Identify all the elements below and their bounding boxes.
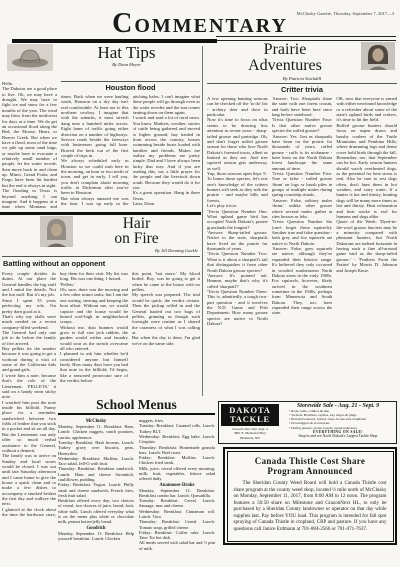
notice-body: The Sheridan County Weed Board will hold… <box>234 480 387 532</box>
article-column: OK, now that everyone is armed with eith… <box>336 96 397 396</box>
title-rule-thin <box>216 36 396 41</box>
menu-text: Monday, September 11: Breakfast: Breakfa… <box>139 488 215 551</box>
section-title: Commentary <box>0 10 400 38</box>
notice-inner-border: Canada Thistle Cost Share Program Announ… <box>227 451 394 542</box>
school-menus-title: School Menus <box>58 398 215 412</box>
section-divider-rule <box>0 212 201 215</box>
article-column: A few opening hunting seasons can be che… <box>207 96 268 396</box>
menu-column: McClusky Monday, September 11: Breakfast… <box>58 418 134 551</box>
menu-text: nuggets, fries. Tuesday: Breakfast: Cara… <box>139 418 215 481</box>
patricia-stockdill-photo <box>361 42 395 75</box>
sale-item-list: • Rods, reels, combos & line • Swivels, … <box>282 409 394 430</box>
dakota-tackle-logo-block: DAKOTA TACKLE Closed Labor Day, Sept. 4 … <box>219 402 280 443</box>
menu-text: Monday, September 11: Breakfast: Ham. Lu… <box>58 424 134 524</box>
hair-subhead: Battling without an opponent <box>2 256 200 270</box>
prairie-body: A few opening hunting seasons can be che… <box>207 96 397 396</box>
article-column: this point, 'but more.' My blood boiled.… <box>132 271 200 387</box>
logo-line: TACKLE <box>221 415 279 424</box>
article-prairie-adventures: Prairie Adventures By Patricia Stockdill… <box>207 42 397 398</box>
article-column: 'Answer: Two. Sharptails share the state… <box>272 96 333 396</box>
prairie-headline-line1: Prairie <box>209 42 361 58</box>
ad-copy: Storewide Sale - Aug. 21 - Sept. 9 • Rod… <box>280 402 396 443</box>
prairie-byline: By Patricia Stockdill <box>207 76 397 81</box>
article-hat-tips: Hat Tips By Dean Meyer Hello. The Dakota… <box>2 44 200 212</box>
hat-tips-headline: Hat Tips <box>53 44 200 62</box>
article-column: times. Back when we were hauling south, … <box>61 94 129 208</box>
dakota-tackle-ad: DAKOTA TACKLE Closed Labor Day, Sept. 4 … <box>218 401 397 444</box>
article-column: buy them for their visit. My list was lo… <box>60 271 128 387</box>
stop-in-line: Stop in and see North Dakota's Largest T… <box>282 434 394 438</box>
hair-headline-line2: on Fire <box>73 231 200 246</box>
prairie-subhead: Critter trivia <box>207 83 397 96</box>
dakota-tackle-logo: DAKOTA TACKLE <box>221 404 279 426</box>
article-column: Hello. The Dakotas are a good place to l… <box>2 81 57 209</box>
cowboy-hat-photo <box>7 44 53 81</box>
hair-header: Hair on Fire <box>2 216 200 252</box>
newspaper-page: McClusky Gazette, Thursday, September 7,… <box>0 0 400 567</box>
menu-column: nuggets, fries. Tuesday: Breakfast: Cara… <box>139 418 215 551</box>
canada-thistle-notice: Canada Thistle Cost Share Program Announ… <box>223 447 397 545</box>
hat-tips-subhead: Houston flood <box>61 82 200 94</box>
jill-denning-gackle-photo <box>40 216 73 252</box>
article-column: Every couple divides its duties. At our … <box>2 271 56 518</box>
prairie-header: Prairie Adventures <box>207 42 397 75</box>
school-menus-section: School Menus McClusky Monday, September … <box>58 398 215 567</box>
menu-text: Monday, September 11: Breakfast: Help yo… <box>58 531 134 542</box>
hair-headline-line1: Hair <box>73 216 200 231</box>
hat-tips-header: Hat Tips By Dean Meyer <box>2 44 200 81</box>
notice-title-line2: Program Announced <box>234 466 387 477</box>
hat-tips-body: Hello. The Dakotas are a good place to l… <box>2 81 200 209</box>
article-column: pitching bales. I can't imagine what the… <box>133 94 201 208</box>
notice-title-line1: Canada Thistle Cost Share <box>234 456 387 467</box>
school-menus-rule <box>58 413 215 415</box>
prairie-headline-line2: Adventures <box>209 58 361 74</box>
column-divider-rule <box>202 46 203 396</box>
store-address: Closed Labor Day, Sept. 4 3801 E. Memori… <box>221 427 279 440</box>
hat-tips-byline: By Dean Meyer <box>53 62 200 67</box>
